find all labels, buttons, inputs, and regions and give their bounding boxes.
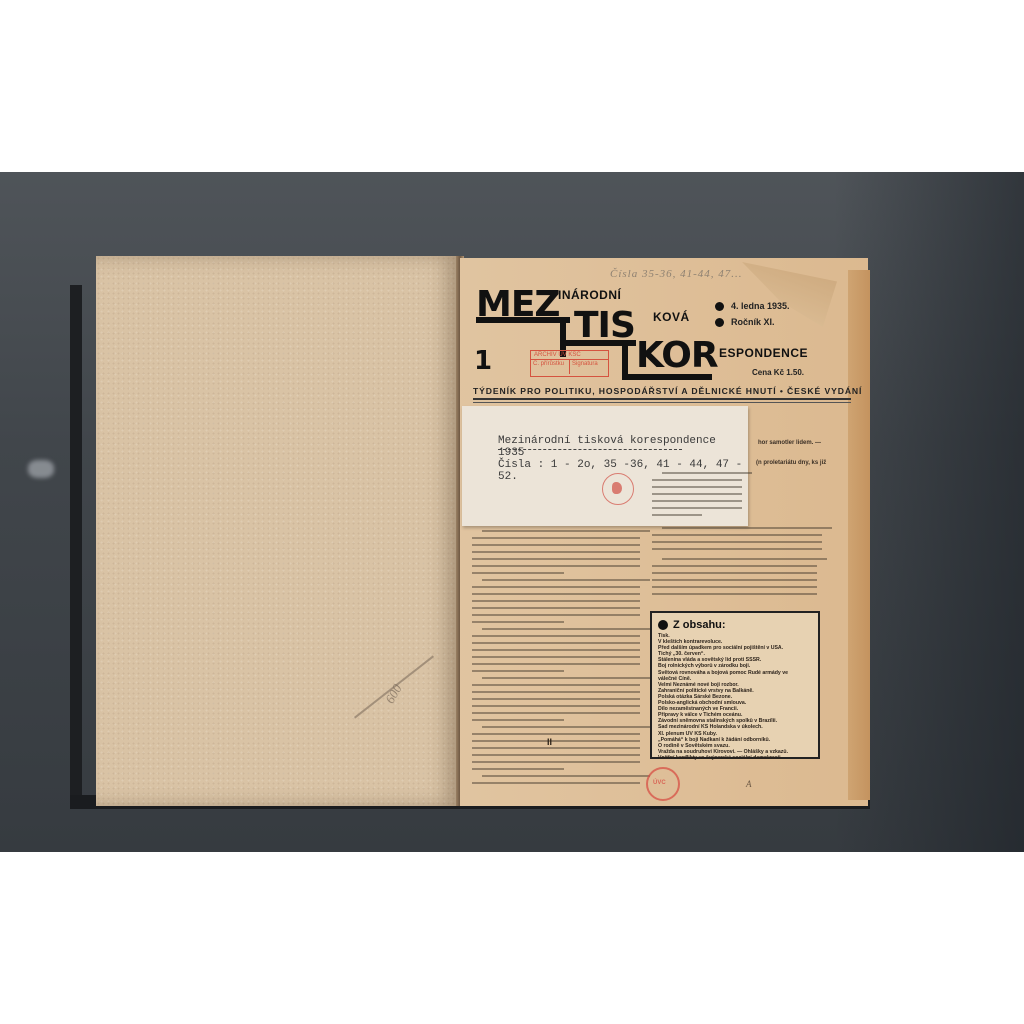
contents-item: Vnitřní konflikty ve švýcarské sociální … — [658, 755, 812, 761]
text-line — [472, 565, 640, 567]
text-line — [652, 486, 742, 488]
masthead-kova: KOVÁ — [653, 310, 690, 324]
page-letter: A — [746, 779, 752, 789]
text-line — [472, 663, 640, 665]
archive-stamp-col2: Signatura — [570, 360, 608, 374]
text-line — [472, 642, 640, 644]
text-line — [652, 548, 822, 550]
text-line — [652, 507, 742, 509]
book-cover-spine — [70, 285, 82, 800]
contents-list: Tisk.V kleštích kontrarevoluce.Před dalš… — [658, 633, 812, 761]
text-line — [652, 541, 822, 543]
masthead-bar — [476, 317, 570, 323]
text-line — [652, 514, 702, 516]
text-line — [652, 593, 817, 595]
text-line — [472, 754, 640, 756]
text-line — [472, 635, 640, 637]
text-line — [662, 527, 832, 529]
text-line — [652, 586, 817, 588]
issue-number: 1 — [474, 346, 492, 376]
text-line — [472, 586, 640, 588]
article-column-right-top — [652, 472, 812, 521]
background-smudge — [28, 460, 54, 478]
handwritten-note: Čísla 35-36, 41-44, 47... — [610, 268, 743, 280]
text-line — [472, 614, 640, 616]
bullet-icon — [658, 620, 668, 630]
text-line — [472, 684, 640, 686]
header-rule — [473, 402, 851, 403]
archive-stamp-col1: Č. přírůstku — [531, 360, 570, 374]
text-line — [652, 565, 817, 567]
text-line — [482, 628, 650, 630]
text-line — [472, 656, 640, 658]
text-line — [472, 558, 640, 560]
text-fragment: hor samotler lidem. — — [758, 440, 821, 446]
text-line — [472, 747, 640, 749]
header-rule — [473, 398, 851, 400]
text-line — [472, 607, 640, 609]
text-fragment: (n proletariátu dny, ks již — [756, 460, 826, 466]
left-endpaper-page: 600 — [96, 256, 460, 806]
text-line — [472, 670, 564, 672]
pencil-note: 600 — [382, 682, 406, 707]
text-line — [472, 782, 640, 784]
text-line — [472, 719, 564, 721]
text-line — [472, 698, 640, 700]
text-line — [472, 705, 640, 707]
bullet-icon — [715, 318, 724, 327]
masthead-tis: TIS — [574, 308, 635, 344]
masthead-bar — [622, 374, 712, 380]
index-card-underline — [498, 449, 682, 450]
text-line — [472, 621, 564, 623]
text-line — [482, 579, 650, 581]
text-line — [652, 479, 742, 481]
text-line — [472, 551, 640, 553]
price: Cena Kč 1.50. — [752, 368, 804, 377]
stacked-page-edges — [848, 270, 870, 800]
text-line — [482, 726, 650, 728]
text-line — [472, 600, 640, 602]
volume-number: Ročník XI. — [715, 317, 775, 327]
text-line — [472, 649, 640, 651]
text-line — [472, 768, 564, 770]
bullet-icon — [715, 302, 724, 311]
contents-box: Z obsahu: Tisk.V kleštích kontrarevoluce… — [650, 611, 820, 759]
text-line — [652, 493, 742, 495]
text-line — [652, 500, 742, 502]
article-column-right-low — [652, 558, 814, 600]
index-card-title: Mezinárodní tisková korespondence 1935 — [498, 435, 748, 459]
text-line — [472, 740, 640, 742]
text-line — [482, 775, 650, 777]
text-line — [472, 572, 564, 574]
text-line — [472, 761, 640, 763]
text-line — [652, 579, 817, 581]
tagline: TÝDENÍK PRO POLITIKU, HOSPODÁŘSTVÍ A DĚL… — [473, 386, 855, 396]
text-line — [482, 677, 650, 679]
text-line — [662, 472, 752, 474]
archive-stamp-header: ARCHIV ÚV KSČ — [531, 351, 608, 360]
article-column-left — [472, 530, 642, 789]
text-line — [472, 593, 640, 595]
text-line — [472, 691, 640, 693]
archive-stamp: ARCHIV ÚV KSČ Č. přírůstku Signatura — [530, 350, 609, 377]
section-marker: II — [547, 737, 552, 747]
library-round-stamp-icon — [602, 473, 634, 505]
text-line — [652, 534, 822, 536]
text-line — [472, 712, 640, 714]
masthead-kor: KOR — [636, 338, 718, 374]
contents-heading: Z obsahu: — [658, 619, 812, 631]
text-line — [662, 558, 827, 560]
masthead-espondence: ESPONDENCE — [719, 346, 808, 360]
text-line — [652, 572, 817, 574]
text-line — [472, 544, 640, 546]
archive-round-stamp-icon: ÚVC — [646, 767, 680, 801]
masthead-inarodni: INÁRODNÍ — [558, 288, 621, 302]
text-line — [472, 733, 640, 735]
text-line — [472, 537, 640, 539]
issue-date: 4. ledna 1935. — [715, 301, 790, 311]
text-line — [482, 530, 650, 532]
article-column-right-mid — [652, 527, 814, 555]
